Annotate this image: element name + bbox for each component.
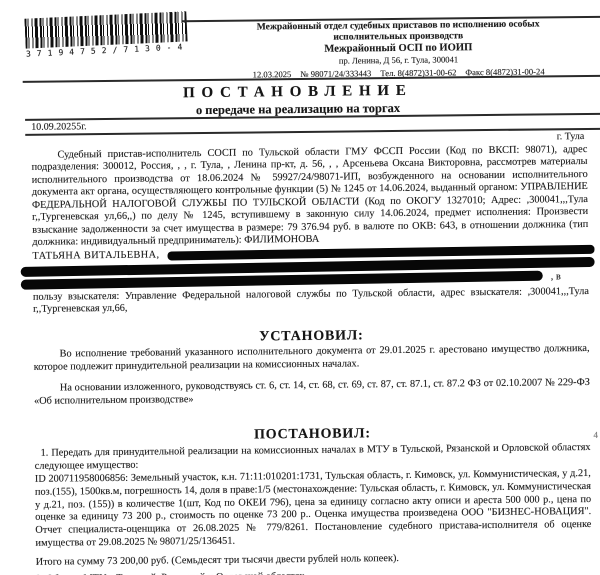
ustanovil-section: УСТАНОВИЛ: Во исполнение требований указ… — [33, 328, 590, 408]
scan-artifact-page-mark: 4 — [593, 430, 598, 440]
scanned-document-page: 3 7 1 9 4 7 5 2 / 7 1 3 0 - 4 Межрайонны… — [0, 0, 600, 575]
letterhead-contact-row: 12.03.2025 № 98071/24/333443 Тел. 8(4872… — [211, 67, 587, 80]
letterhead-fax: Факс 8(4872)31-00-24 — [465, 67, 544, 77]
barcode-block: 3 7 1 9 4 7 5 2 / 7 1 3 0 - 4 — [24, 11, 188, 58]
text-after-redaction: , в — [543, 271, 561, 284]
ustanovil-paragraph-1: Во исполнение требований указанного испо… — [34, 343, 590, 374]
creditor-text: пользу взыскателя: Управление Федерально… — [33, 286, 589, 317]
letterhead: Межрайонный отдел судебных приставов по … — [210, 19, 587, 80]
letterhead-date: 12.03.2025 — [253, 70, 292, 80]
horizontal-rule-below-date — [25, 128, 600, 136]
resolution-item-2-cutoff: 2. Обязать МТУ в Тульской, Рязанской и О… — [36, 568, 592, 575]
preamble-section: Судебный пристав-исполнитель СОСП по Тул… — [31, 144, 589, 316]
document-city: г. Тула — [557, 131, 585, 142]
property-description: ID 200711958006856: Земельный участок, к… — [35, 468, 592, 551]
postanovil-section: ПОСТАНОВИЛ: 1. Передать для принудительн… — [34, 426, 592, 575]
preamble-text: Судебный пристав-исполнитель СОСП по Тул… — [31, 144, 588, 249]
debtor-name: ТАТЬЯНА ВИТАЛЬЕВНА, — [32, 249, 159, 263]
letterhead-phone: Тел. 8(4872)31-00-62 — [380, 68, 456, 78]
document-date: 10.09.20255г. — [31, 121, 87, 133]
letterhead-doc-number: № 98071/24/333443 — [300, 69, 371, 79]
total-amount: Итого на сумму 73 200,00 руб. (Семьдесят… — [36, 551, 592, 570]
ustanovil-paragraph-2: На основании изложенного, руководствуясь… — [34, 377, 590, 408]
